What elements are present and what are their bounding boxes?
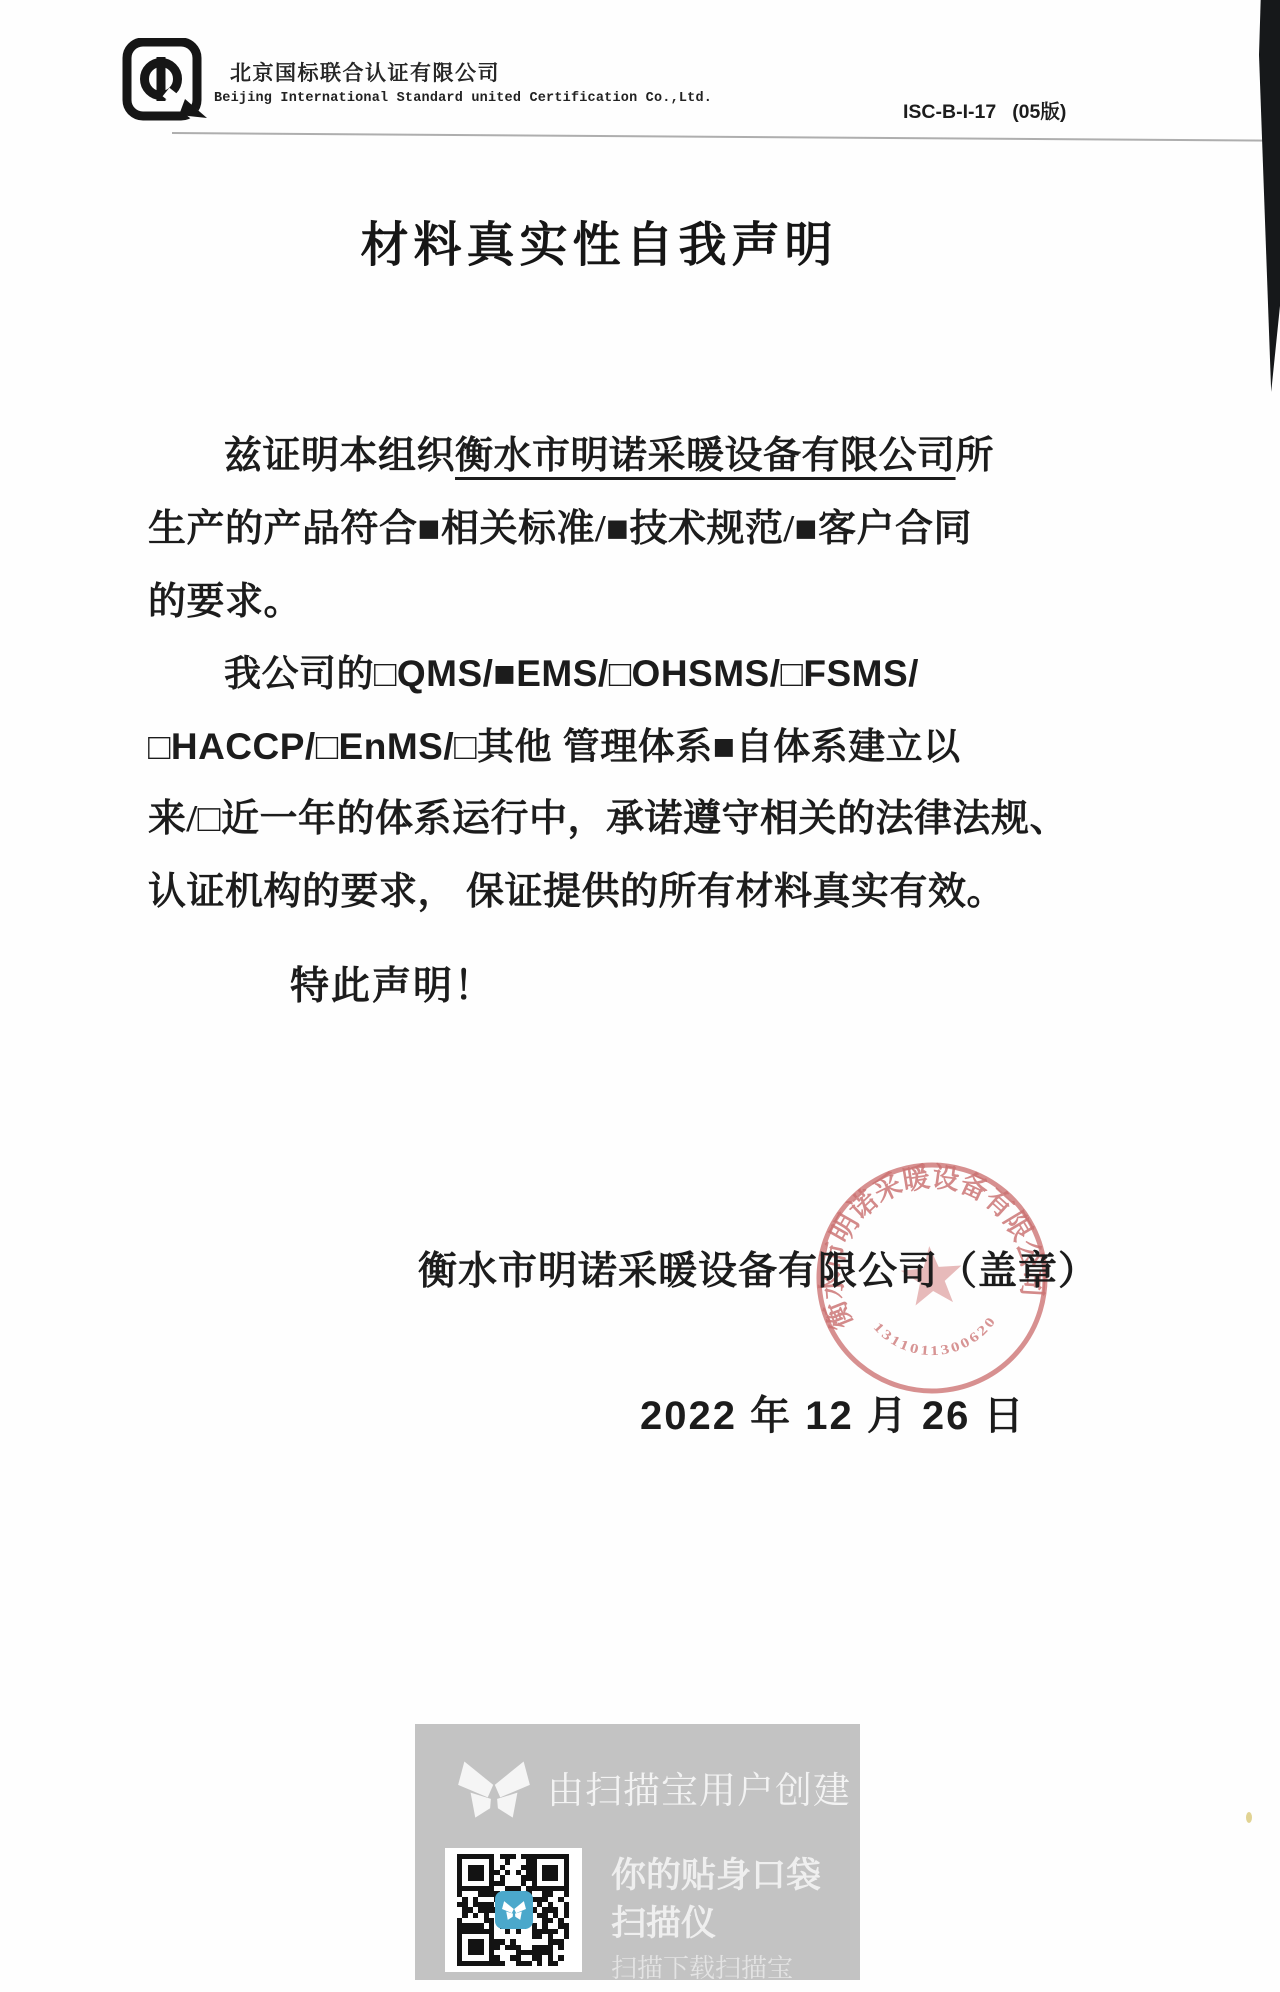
org-name-english: Beijing International Standard united Ce… xyxy=(214,91,712,106)
certification-logo xyxy=(122,38,208,122)
header-divider xyxy=(172,132,1278,142)
qr-center-app-icon xyxy=(495,1891,533,1929)
document-code: ISC-B-I-17(05版) xyxy=(903,96,1066,124)
scan-speck xyxy=(1246,1812,1252,1823)
paragraph-1-line-3: 的要求。 xyxy=(148,566,1008,639)
signature-company-line: 衡水市明诺采暖设备有限公司（盖章） xyxy=(418,1240,1098,1296)
document-code-number: ISC-B-I-17 xyxy=(903,101,996,123)
butterfly-logo-icon xyxy=(455,1752,533,1824)
document-code-version: (05版) xyxy=(1012,101,1066,123)
watermark-tagline-line2: 扫描仪 xyxy=(611,1896,716,1946)
org-name-chinese: 北京国标联合认证有限公司 xyxy=(230,57,500,87)
p1-prefix: 兹证明本组织 xyxy=(224,435,455,477)
paragraph-1: 兹证明本组织衡水市明诺采暖设备有限公司所 生产的产品符合■相关标准/■技术规范/… xyxy=(148,420,1008,639)
paragraph-2-line-2: □HACCP/□EnMS/□其他 管理体系■自体系建立以 xyxy=(148,710,1008,783)
butterfly-icon xyxy=(501,1898,527,1922)
paragraph-2-line-4: 认证机构的要求， 保证提供的所有材料真实有效。 xyxy=(148,856,1008,929)
watermark-download-hint: 扫描下载扫描宝 xyxy=(611,1948,793,1985)
svg-text:1311011300620: 1311011300620 xyxy=(870,1309,1002,1364)
scan-edge-shadow xyxy=(1259,0,1280,392)
paragraph-2: 我公司的□QMS/■EMS/□OHSMS/□FSMS/ □HACCP/□EnMS… xyxy=(148,637,1008,929)
p1-company-name: 衡水市明诺采暖设备有限公司 xyxy=(455,435,956,477)
scanner-watermark-banner: 由扫描宝用户创建 你的贴身口袋 扫描仪 扫描下载扫描宝 xyxy=(415,1724,860,1980)
scanned-document-page: 北京国标联合认证有限公司 Beijing International Stand… xyxy=(0,0,1280,1992)
paragraph-1-line-1: 兹证明本组织衡水市明诺采暖设备有限公司所 xyxy=(148,420,1008,493)
watermark-created-by-text: 由扫描宝用户创建 xyxy=(547,1760,851,1814)
paragraph-2-line-3: 来/□近一年的体系运行中，承诺遵守相关的法律法规、 xyxy=(148,783,1008,856)
watermark-tagline-line1: 你的贴身口袋 xyxy=(611,1848,821,1898)
paragraph-1-line-2: 生产的产品符合■相关标准/■技术规范/■客户合同 xyxy=(148,493,1008,566)
qr-code-box xyxy=(445,1848,582,1972)
isc-logo-icon xyxy=(122,38,208,122)
page-title: 材料真实性自我声明 xyxy=(0,206,1198,275)
stamp-serial-number: 1311011300620 xyxy=(870,1309,1002,1364)
paragraph-2-line-1: 我公司的□QMS/■EMS/□OHSMS/□FSMS/ xyxy=(148,637,1008,710)
declaration-line: 特此声明！ xyxy=(290,955,495,1011)
signature-date: 2022 年 12 月 26 日 xyxy=(640,1384,1026,1441)
p1-suffix: 所 xyxy=(956,435,995,477)
